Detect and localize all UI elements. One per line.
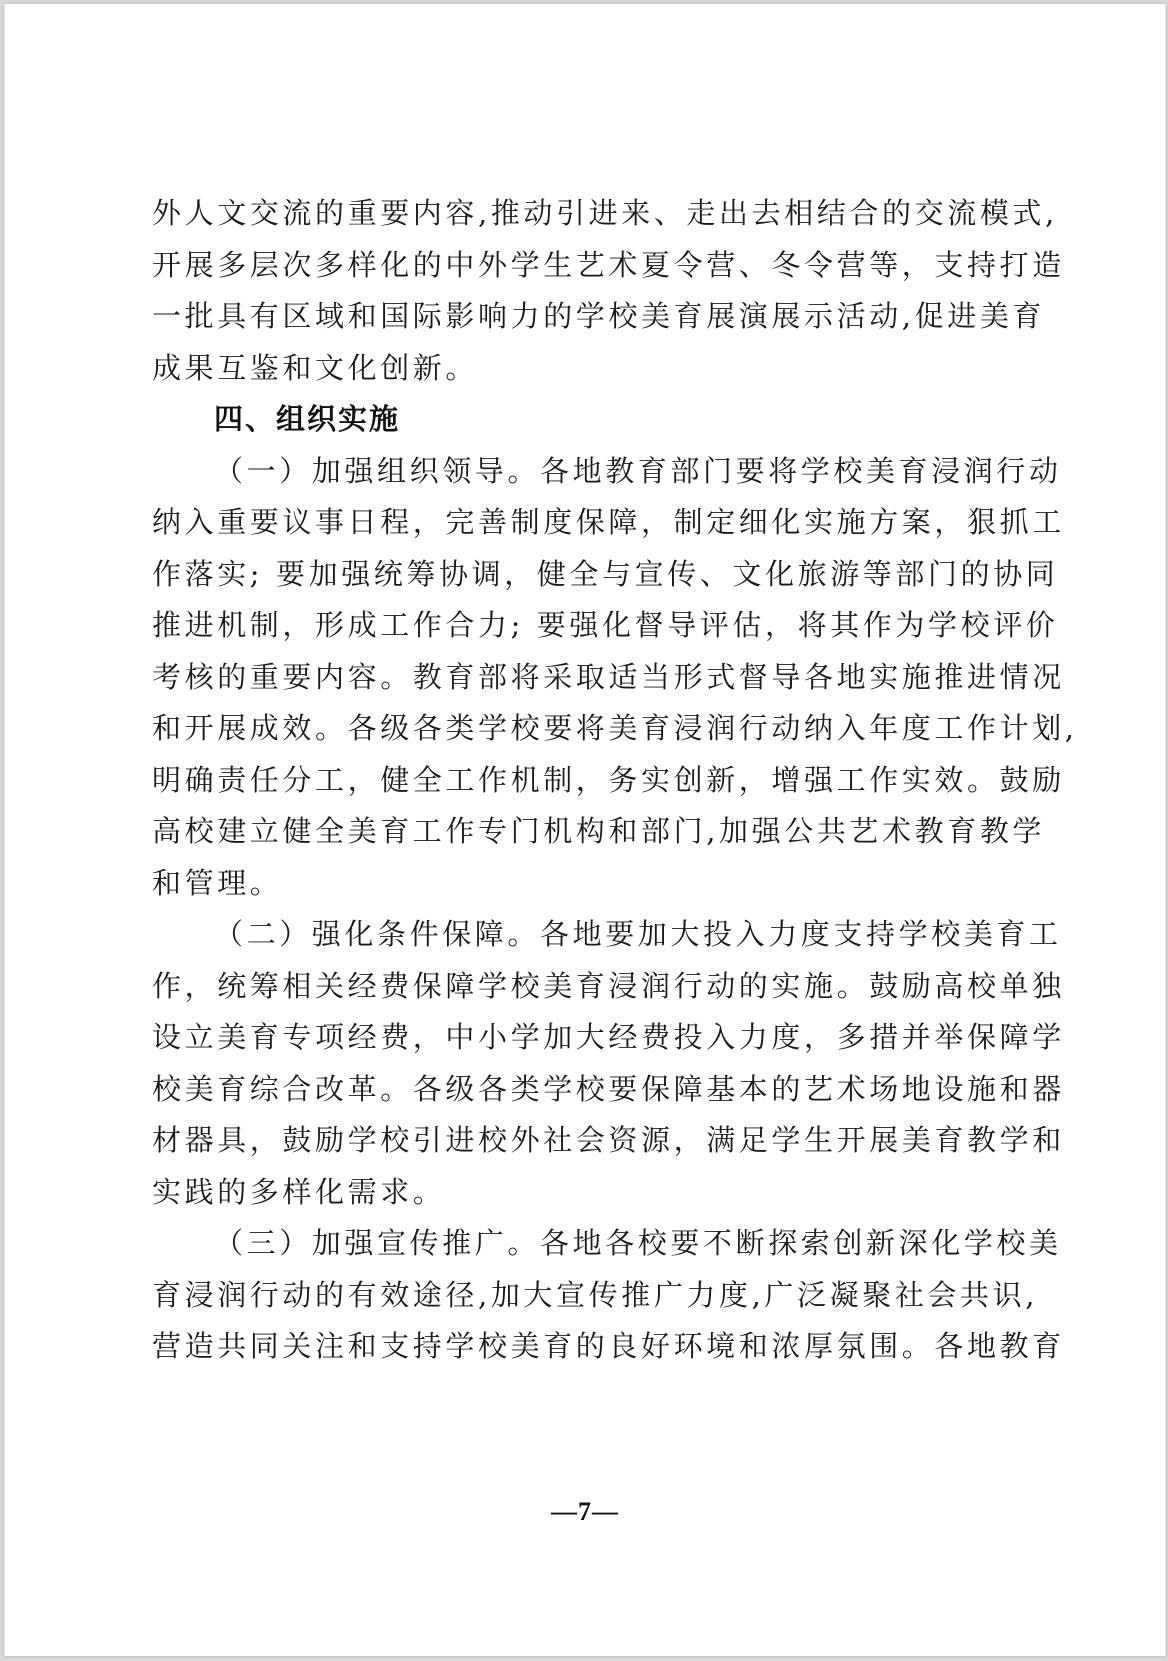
- text-line: 一批具有区域和国际影响力的学校美育展演展示活动,促进美育: [152, 291, 1022, 343]
- text-line: 和管理。: [152, 858, 1022, 910]
- text-line: 实践的多样化需求。: [152, 1167, 1022, 1219]
- text-line: 作落实; 要加强统筹协调，健全与宣传、文化旅游等部门的协同: [152, 549, 1022, 601]
- text-line: 推进机制，形成工作合力; 要强化督导评估，将其作为学校评价: [152, 600, 1022, 652]
- text-line: 开展多层次多样化的中外学生艺术夏令营、冬令营等，支持打造: [152, 240, 1022, 292]
- text-line: 考核的重要内容。教育部将采取适当形式督导各地实施推进情况: [152, 652, 1022, 704]
- text-line: 高校建立健全美育工作专门机构和部门,加强公共艺术教育教学: [152, 806, 1022, 858]
- text-line: 纳入重要议事日程，完善制度保障，制定细化实施方案，狠抓工: [152, 497, 1022, 549]
- text-line: 作，统筹相关经费保障学校美育浸润行动的实施。鼓励高校单独: [152, 961, 1022, 1013]
- text-line: 育浸润行动的有效途径,加大宣传推广力度,广泛凝聚社会共识,: [152, 1270, 1022, 1322]
- document-body: 外人文交流的重要内容,推动引进来、走出去相结合的交流模式, 开展多层次多样化的中…: [152, 188, 1022, 1373]
- document-page: 外人文交流的重要内容,推动引进来、走出去相结合的交流模式, 开展多层次多样化的中…: [4, 4, 1166, 1656]
- text-line: 成果互鉴和文化创新。: [152, 343, 1022, 395]
- text-line: 明确责任分工，健全工作机制，务实创新，增强工作实效。鼓励: [152, 755, 1022, 807]
- text-line: 材器具，鼓励学校引进校外社会资源，满足学生开展美育教学和: [152, 1115, 1022, 1167]
- text-line: 和开展成效。各级各类学校要将美育浸润行动纳入年度工作计划,: [152, 703, 1022, 755]
- text-line: 设立美育专项经费，中小学加大经费投入力度，多措并举保障学: [152, 1012, 1022, 1064]
- paragraph-start-line: （二）强化条件保障。各地要加大投入力度支持学校美育工: [152, 909, 1022, 961]
- text-line: 营造共同关注和支持学校美育的良好环境和浓厚氛围。各地教育: [152, 1321, 1022, 1373]
- paragraph-start-line: （一）加强组织领导。各地教育部门要将学校美育浸润行动: [152, 446, 1022, 498]
- text-line: 校美育综合改革。各级各类学校要保障基本的艺术场地设施和器: [152, 1064, 1022, 1116]
- section-heading: 四、组织实施: [152, 394, 1022, 446]
- page-number: —7—: [5, 1497, 1165, 1527]
- text-line: 外人文交流的重要内容,推动引进来、走出去相结合的交流模式,: [152, 188, 1022, 240]
- paragraph-start-line: （三）加强宣传推广。各地各校要不断探索创新深化学校美: [152, 1218, 1022, 1270]
